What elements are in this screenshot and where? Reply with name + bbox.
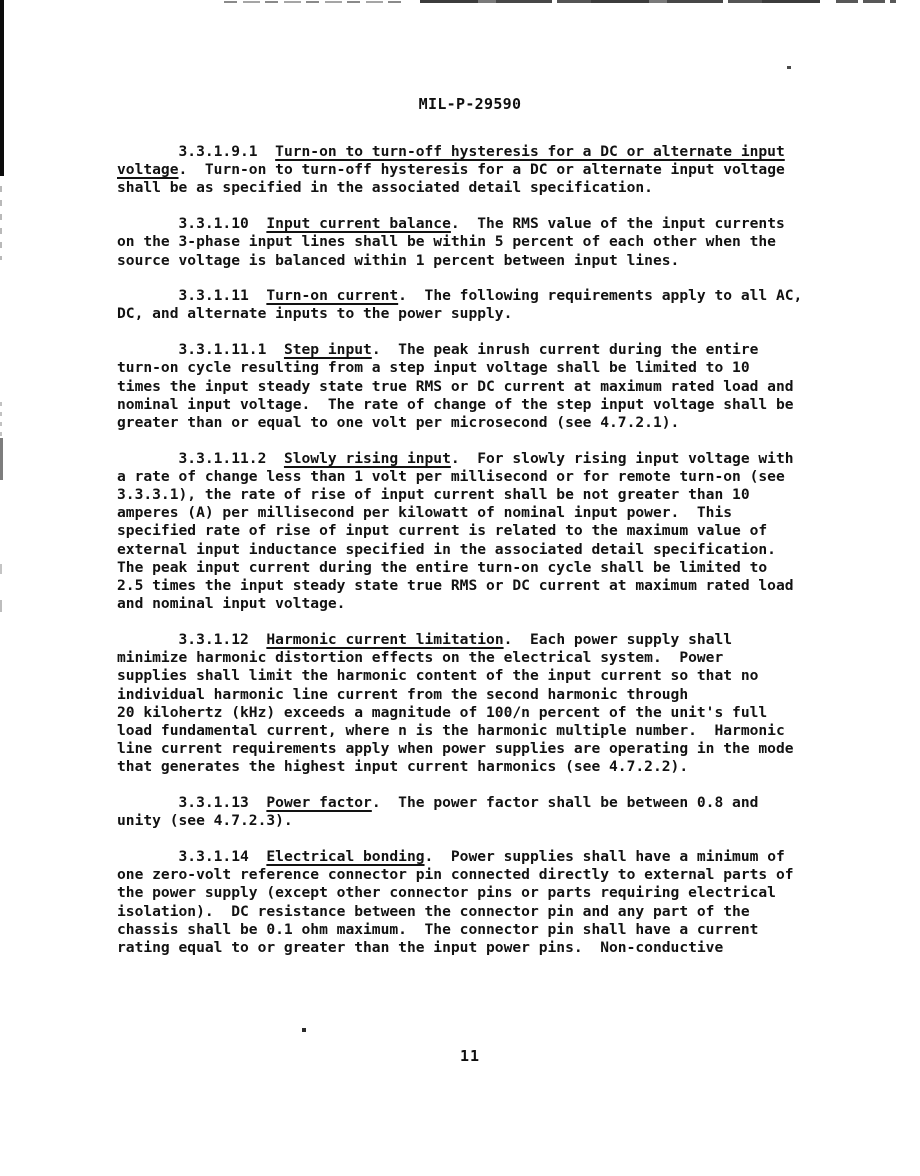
underlined-heading-text: Harmonic current limitation xyxy=(266,631,503,648)
text-line: minimize harmonic distortion effects on … xyxy=(117,649,817,667)
text-line: 3.3.1.9.1 Turn-on to turn-off hysteresis… xyxy=(117,143,817,161)
paragraph-3.3.1.11.2: 3.3.1.11.2 Slowly rising input. For slow… xyxy=(117,450,817,614)
scan-artifact-left-edge-marks xyxy=(0,186,2,260)
text-line: chassis shall be 0.1 ohm maximum. The co… xyxy=(117,921,817,939)
text-line: isolation). DC resistance between the co… xyxy=(117,903,817,921)
scan-speck-bottom-left xyxy=(302,1028,306,1032)
scan-artifact-top-dashes-left xyxy=(224,1,402,3)
body-text: turn-on cycle resulting from a step inpu… xyxy=(117,359,750,376)
text-line: that generates the highest input current… xyxy=(117,758,817,776)
underlined-heading-text: Input current balance xyxy=(266,215,451,232)
document-id-header: MIL-P-29590 xyxy=(0,95,920,113)
body-text: a rate of change less than 1 volt per mi… xyxy=(117,468,785,485)
page-number: 11 xyxy=(0,1047,920,1065)
text-line: 3.3.1.11 Turn-on current. The following … xyxy=(117,287,817,305)
text-line: greater than or equal to one volt per mi… xyxy=(117,414,817,432)
text-line: rating equal to or greater than the inpu… xyxy=(117,939,817,957)
body-text: 3.3.1.9.1 xyxy=(117,143,275,160)
text-line: 3.3.1.11.1 Step input. The peak inrush c… xyxy=(117,341,817,359)
body-text: line current requirements apply when pow… xyxy=(117,740,794,757)
text-line: turn-on cycle resulting from a step inpu… xyxy=(117,359,817,377)
text-line: 3.3.1.12 Harmonic current limitation. Ea… xyxy=(117,631,817,649)
text-line: source voltage is balanced within 1 perc… xyxy=(117,252,817,270)
underlined-heading-text: Turn-on current xyxy=(266,287,398,304)
body-text: nominal input voltage. The rate of chang… xyxy=(117,396,794,413)
underlined-heading-text: Power factor xyxy=(266,794,371,811)
text-line: load fundamental current, where n is the… xyxy=(117,722,817,740)
scan-artifact-left-edge-bar xyxy=(0,0,4,176)
text-line: specified rate of rise of input current … xyxy=(117,522,817,540)
text-line: supplies shall limit the harmonic conten… xyxy=(117,667,817,685)
body-text: source voltage is balanced within 1 perc… xyxy=(117,252,679,269)
body-text: . For slowly rising input voltage with xyxy=(451,450,794,467)
body-text: and nominal input voltage. xyxy=(117,595,345,612)
body-text: supplies shall limit the harmonic conten… xyxy=(117,667,758,684)
paragraph-3.3.1.10: 3.3.1.10 Input current balance. The RMS … xyxy=(117,215,817,270)
paragraph-3.3.1.11.1: 3.3.1.11.1 Step input. The peak inrush c… xyxy=(117,341,817,432)
body-text: 20 kilohertz (kHz) exceeds a magnitude o… xyxy=(117,704,767,721)
body-text: external input inductance specified in t… xyxy=(117,541,776,558)
paragraph-3.3.1.9.1: 3.3.1.9.1 Turn-on to turn-off hysteresis… xyxy=(117,143,817,198)
text-line: and nominal input voltage. xyxy=(117,595,817,613)
text-line: 3.3.3.1), the rate of rise of input curr… xyxy=(117,486,817,504)
scan-artifact-left-edge-mark-3 xyxy=(0,564,2,574)
body-text: the power supply (except other connector… xyxy=(117,884,776,901)
text-line: one zero-volt reference connector pin co… xyxy=(117,866,817,884)
body-text: one zero-volt reference connector pin co… xyxy=(117,866,794,883)
text-line: 3.3.1.13 Power factor. The power factor … xyxy=(117,794,817,812)
body-text: greater than or equal to one volt per mi… xyxy=(117,414,679,431)
body-text: . Each power supply shall xyxy=(504,631,732,648)
body-text: chassis shall be 0.1 ohm maximum. The co… xyxy=(117,921,758,938)
body-text: 3.3.1.11.2 xyxy=(117,450,284,467)
body-text: 3.3.1.13 xyxy=(117,794,266,811)
body-text: 3.3.3.1), the rate of rise of input curr… xyxy=(117,486,750,503)
scan-artifact-left-edge-marks-2 xyxy=(0,402,2,436)
body-text: 3.3.1.10 xyxy=(117,215,266,232)
scan-artifact-left-edge-bar-2 xyxy=(0,438,3,480)
paragraph-3.3.1.11: 3.3.1.11 Turn-on current. The following … xyxy=(117,287,817,323)
body-text: load fundamental current, where n is the… xyxy=(117,722,785,739)
body-text: specified rate of rise of input current … xyxy=(117,522,767,539)
body-text: 3.3.1.11.1 xyxy=(117,341,284,358)
body-text: rating equal to or greater than the inpu… xyxy=(117,939,723,956)
text-line: line current requirements apply when pow… xyxy=(117,740,817,758)
text-line: voltage. Turn-on to turn-off hysteresis … xyxy=(117,161,817,179)
underlined-heading-text: Slowly rising input xyxy=(284,450,451,467)
text-line: individual harmonic line current from th… xyxy=(117,686,817,704)
paragraph-3.3.1.12: 3.3.1.12 Harmonic current limitation. Ea… xyxy=(117,631,817,777)
document-body: 3.3.1.9.1 Turn-on to turn-off hysteresis… xyxy=(117,143,817,957)
scanned-document-page: MIL-P-29590 3.3.1.9.1 Turn-on to turn-of… xyxy=(0,0,920,1176)
scan-artifact-top-dashes-right xyxy=(836,0,896,3)
scan-artifact-left-edge-mark-4 xyxy=(0,600,2,612)
body-text: 3.3.1.11 xyxy=(117,287,266,304)
text-line: 3.3.1.10 Input current balance. The RMS … xyxy=(117,215,817,233)
body-text: The peak input current during the entire… xyxy=(117,559,767,576)
body-text: . Power supplies shall have a minimum of xyxy=(425,848,785,865)
text-line: external input inductance specified in t… xyxy=(117,541,817,559)
underlined-heading-text: Step input xyxy=(284,341,372,358)
body-text: . The following requirements apply to al… xyxy=(398,287,802,304)
text-line: 20 kilohertz (kHz) exceeds a magnitude o… xyxy=(117,704,817,722)
body-text: . The power factor shall be between 0.8 … xyxy=(372,794,759,811)
scan-speck-top-right xyxy=(787,66,791,69)
body-text: . The RMS value of the input currents xyxy=(451,215,785,232)
text-line: the power supply (except other connector… xyxy=(117,884,817,902)
text-line: 2.5 times the input steady state true RM… xyxy=(117,577,817,595)
body-text: unity (see 4.7.2.3). xyxy=(117,812,293,829)
body-text: individual harmonic line current from th… xyxy=(117,686,688,703)
body-text: DC, and alternate inputs to the power su… xyxy=(117,305,512,322)
body-text: 3.3.1.12 xyxy=(117,631,266,648)
body-text: 2.5 times the input steady state true RM… xyxy=(117,577,794,594)
text-line: a rate of change less than 1 volt per mi… xyxy=(117,468,817,486)
body-text: minimize harmonic distortion effects on … xyxy=(117,649,723,666)
text-line: unity (see 4.7.2.3). xyxy=(117,812,817,830)
text-line: 3.3.1.11.2 Slowly rising input. For slow… xyxy=(117,450,817,468)
underlined-heading-text: Electrical bonding xyxy=(266,848,424,865)
text-line: amperes (A) per millisecond per kilowatt… xyxy=(117,504,817,522)
text-line: on the 3-phase input lines shall be with… xyxy=(117,233,817,251)
text-line: The peak input current during the entire… xyxy=(117,559,817,577)
underlined-heading-text: voltage xyxy=(117,161,179,178)
body-text: shall be as specified in the associated … xyxy=(117,179,653,196)
text-line: 3.3.1.14 Electrical bonding. Power suppl… xyxy=(117,848,817,866)
text-line: nominal input voltage. The rate of chang… xyxy=(117,396,817,414)
body-text: . The peak inrush current during the ent… xyxy=(372,341,759,358)
body-text: on the 3-phase input lines shall be with… xyxy=(117,233,776,250)
paragraph-3.3.1.13: 3.3.1.13 Power factor. The power factor … xyxy=(117,794,817,830)
body-text: that generates the highest input current… xyxy=(117,758,688,775)
text-line: times the input steady state true RMS or… xyxy=(117,378,817,396)
body-text: . Turn-on to turn-off hysteresis for a D… xyxy=(179,161,785,178)
underlined-heading-text: Turn-on to turn-off hysteresis for a DC … xyxy=(275,143,785,160)
text-line: DC, and alternate inputs to the power su… xyxy=(117,305,817,323)
text-line: shall be as specified in the associated … xyxy=(117,179,817,197)
body-text: times the input steady state true RMS or… xyxy=(117,378,794,395)
scan-artifact-top-dashes-center xyxy=(420,0,820,3)
body-text: 3.3.1.14 xyxy=(117,848,266,865)
body-text: isolation). DC resistance between the co… xyxy=(117,903,750,920)
paragraph-3.3.1.14: 3.3.1.14 Electrical bonding. Power suppl… xyxy=(117,848,817,957)
body-text: amperes (A) per millisecond per kilowatt… xyxy=(117,504,732,521)
